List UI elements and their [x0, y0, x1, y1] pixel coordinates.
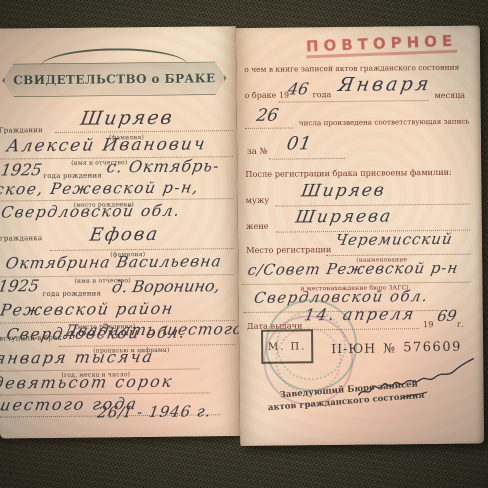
- label-wife: жене: [246, 221, 269, 231]
- marriage-date-words-2-handwritten: января тысяча: [0, 347, 156, 368]
- entry-record-no-handwritten: 01: [285, 133, 313, 154]
- rule-line: [279, 100, 429, 103]
- groom-birthplace-1-handwritten: с. Октябрь-: [105, 156, 221, 176]
- bride-birthplace-1-handwritten: д. Воронино,: [111, 276, 222, 296]
- label-entry-no: за №: [247, 147, 268, 157]
- reg-place-2-handwritten: с/Совет Режевской р-н: [246, 259, 460, 279]
- duplicate-stamp: ПОВТОРНОЕ: [306, 32, 458, 59]
- label-year-19: 19: [423, 319, 434, 329]
- bride-surname-handwritten: Ефова: [88, 224, 161, 246]
- certificate-title-banner: СВИДЕТЕЛЬСТВО о БРАКЕ: [0, 54, 228, 104]
- wife-surname-handwritten: Ширяева: [294, 206, 394, 227]
- entry-day-handwritten: 26: [255, 106, 280, 126]
- label-year-g: г.: [457, 319, 464, 329]
- number-sign: №: [383, 340, 395, 355]
- groom-birth-year-handwritten: 1925: [0, 160, 43, 179]
- rule-line: [55, 130, 233, 133]
- certificate-right-page: ПОВТОРНОЕ о чем в книге записей актов гр…: [236, 26, 484, 447]
- groom-birthplace-2-handwritten: ское, Режевской р-н,: [0, 178, 201, 198]
- registry-book-line: о чем в книге записей актов гражданского…: [244, 63, 470, 74]
- bride-birthplace-2-handwritten: Режевской район: [0, 299, 176, 320]
- entry-year-handwritten: 46: [287, 79, 311, 98]
- reg-place-1-handwritten: Черемисский: [334, 230, 454, 249]
- marriage-date-words-1-handwritten: Двадцать шестого: [63, 320, 245, 340]
- husband-surname-handwritten: Ширяев: [300, 180, 388, 201]
- certificate-booklet: СВИДЕТЕЛЬСТВО о БРАКЕ Ширяев Гражданин (…: [0, 17, 488, 450]
- rule-line: [245, 127, 293, 129]
- groom-name-handwritten: Алексей Иванович: [5, 134, 208, 156]
- label-reg-place: Место регистрации: [246, 244, 331, 255]
- bride-birth-year-handwritten: 1925: [0, 276, 40, 295]
- label-entry-line: числа произведена соответствующая запись: [299, 117, 475, 128]
- marriage-date-numeric-handwritten: 26/I - 1946 г.: [96, 402, 213, 421]
- groom-birthplace-3-handwritten: Свердловской обл.: [0, 202, 182, 222]
- label-citizen-m: Гражданин: [0, 126, 43, 134]
- certificate-left-page: СВИДЕТЕЛЬСТВО о БРАКЕ Ширяев Гражданин (…: [0, 26, 240, 438]
- official-signature: [354, 354, 477, 407]
- label-month-suffix: месяца: [435, 91, 465, 100]
- label-birth-year-2: года рождения: [43, 289, 102, 298]
- photo-marriage-certificate: СВИДЕТЕЛЬСТВО о БРАКЕ Ширяев Гражданин (…: [0, 0, 488, 488]
- label-citizen-f: гражданка: [0, 234, 42, 242]
- label-year-suffix: года: [312, 90, 331, 99]
- marriage-date-words-3-handwritten: девятьсот сорок: [0, 372, 175, 393]
- seal-place-box: М. П.: [261, 329, 313, 364]
- certificate-title: СВИДЕТЕЛЬСТВО о БРАКЕ: [13, 71, 216, 87]
- rule-line: [269, 158, 345, 160]
- groom-surname-handwritten: Ширяев: [79, 107, 176, 130]
- seal-place-label: М. П.: [268, 341, 307, 352]
- label-after-registration: После регистрации брака присвоены фамили…: [245, 167, 473, 179]
- label-married: вступили в брак: [0, 334, 62, 343]
- label-husband: мужу: [246, 195, 270, 205]
- entry-month-handwritten: Января: [337, 73, 434, 96]
- bride-name-handwritten: Октябрина Васильевна: [4, 252, 223, 272]
- label-marriage-19: о браке 19: [245, 91, 290, 100]
- issue-year-handwritten: 69: [436, 307, 458, 325]
- banner-plate: СВИДЕТЕЛЬСТВО о БРАКЕ: [2, 60, 226, 98]
